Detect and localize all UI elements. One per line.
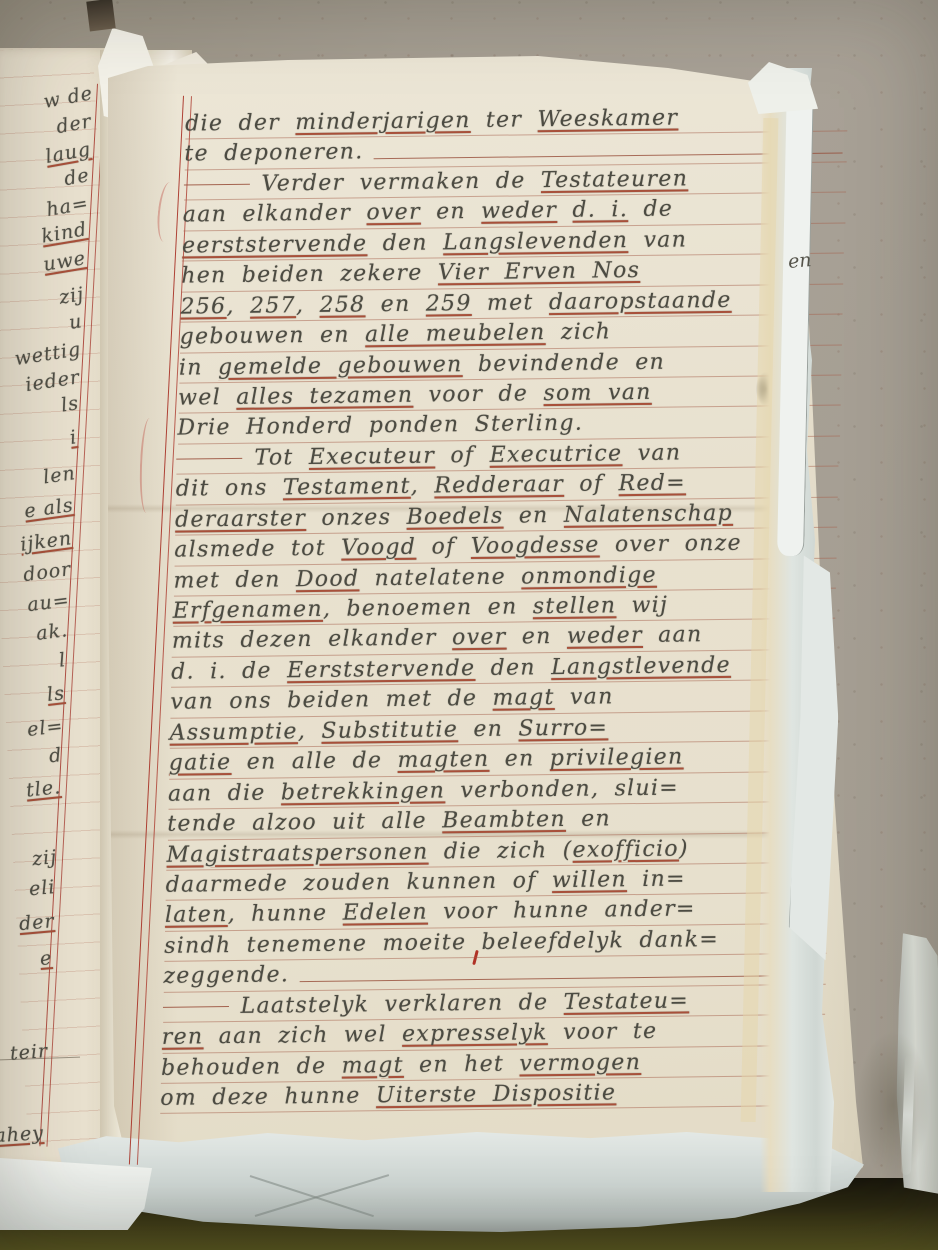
word: van ons beiden met de (170, 686, 493, 715)
manuscript-line-text: hen beiden zekere Vier Erven Nos (181, 258, 640, 289)
manuscript-line-text: tende alzoo uit alle Beambten en (167, 806, 611, 836)
manuscript-line-text: te deponeren. (184, 140, 363, 167)
manuscript-line-text: Tot Executeur of Executrice van (176, 440, 681, 471)
underlined-word: d. i. (572, 197, 628, 223)
word: Verder vermaken de (261, 168, 541, 196)
word: van (622, 440, 681, 466)
underlined-word: magt (492, 685, 554, 711)
underlined-word: Nalatenschap (564, 501, 733, 528)
underlined-word: Beambten (442, 807, 566, 834)
word: met den (173, 567, 296, 593)
manuscript-line-text: Erfgenamen, benoemen en stellen wij (173, 593, 669, 624)
manuscript-line-text: om deze hunne Uiterste Dispositie (160, 1080, 616, 1111)
manuscript-line-text: mits dezen elkander over en weder aan (172, 623, 703, 654)
underlined-word: alles tezamen (236, 383, 413, 410)
underlined-word: magt (342, 1052, 404, 1078)
word: zeggende. (163, 963, 289, 990)
underlined-word: magten (397, 747, 489, 773)
underlined-word: Executrice (489, 441, 622, 468)
manuscript-line-text: gebouwen en alle meubelen zich (180, 319, 612, 349)
underlined-word: laten (165, 902, 228, 928)
word: d. i. de (171, 658, 287, 684)
manuscript-line-text: gatie en alle de magten en privilegien (169, 745, 684, 776)
manuscript-line-text: daarmede zouden kunnen of willen in= (166, 866, 686, 897)
underlined-word: minderjarigen (295, 108, 471, 135)
manuscript-line-text: die der minderjarigen ter Weeskamer (185, 105, 678, 136)
word: en (566, 806, 611, 832)
word: , hunne (227, 901, 342, 927)
word: sindh tenemene moeite beleefdelyk dank= (164, 927, 719, 959)
word: , (298, 719, 322, 744)
manuscript-line-text: aan elkander over en weder d. i. de (183, 197, 674, 228)
word: met (472, 290, 550, 316)
underlined-word: onmondige (521, 562, 657, 589)
word: den (367, 230, 443, 256)
spine-gap (86, 0, 115, 31)
underlined-word: Boedels (406, 503, 503, 529)
underlined-word: vermogen (519, 1050, 641, 1076)
word: die zich ( (428, 837, 572, 864)
word: wij (616, 593, 668, 619)
underlined-word: Red= (618, 471, 686, 497)
manuscript-line-text: behouden de magt en het vermogen (161, 1050, 641, 1081)
underlined-word: gemelde gebouwen (218, 352, 463, 380)
underlined-word: Langstlevende (551, 653, 731, 680)
manuscript-line-text: sindh tenemene moeite beleefdelyk dank= (164, 927, 719, 959)
word: aan (643, 623, 703, 649)
word: ) (679, 836, 689, 861)
word: dit ons (176, 476, 283, 502)
word: over onze (599, 531, 742, 558)
word (557, 198, 573, 223)
underlined-word: expresselyk (402, 1020, 548, 1047)
word: te deponeren. (184, 140, 363, 167)
word: van (555, 685, 614, 711)
word: in= (627, 866, 686, 892)
word: die der (185, 110, 295, 136)
word: hen beiden zekere (181, 261, 438, 289)
underlined-word: Eerststervende (287, 656, 476, 683)
edge-overflow-word: en (787, 249, 812, 273)
word: of (416, 534, 471, 560)
word: voor hunne ander= (428, 897, 696, 925)
word: Drie Honderd ponden Sterling. (177, 411, 583, 441)
manuscript-line-text: van ons beiden met de magt van (170, 685, 614, 715)
manuscript-line-text: deraarster onzes Boedels en Nalatenschap (175, 501, 733, 533)
word: voor de (413, 381, 544, 408)
word: de (628, 197, 673, 223)
underlined-word: Testateuren (541, 166, 689, 193)
word: wel (178, 385, 236, 411)
underlined-word: Testament (283, 474, 411, 501)
word: aan die (168, 780, 281, 806)
word: ter (471, 107, 538, 133)
word: verbonden, slui= (445, 775, 679, 803)
word: van (628, 227, 687, 253)
word: Tot (254, 445, 309, 471)
word: om deze hunne (160, 1083, 376, 1111)
underlined-word: Uiterste Dispositie (376, 1080, 617, 1108)
manuscript-line-text: eerststervende den Langslevenden van (182, 227, 687, 258)
word: gebouwen en (180, 322, 366, 349)
underlined-word: som van (543, 380, 652, 406)
manuscript-line-text: ren aan zich wel expresselyk voor te (162, 1019, 658, 1050)
underlined-word: deraarster (175, 506, 306, 533)
manuscript-line-text: Drie Honderd ponden Sterling. (177, 411, 583, 441)
underlined-word: Edelen (343, 900, 428, 926)
word: den (475, 655, 551, 681)
underlined-word: Testateu= (563, 988, 689, 1015)
manuscript-line-text: 256, 257, 258 en 259 met daaropstaande (180, 287, 731, 319)
manuscript-line-text: laten, hunne Edelen voor hunne ander= (165, 897, 696, 928)
word: tende alzoo uit alle (167, 808, 442, 836)
word: alsmede tot (174, 536, 341, 563)
word: , (411, 474, 435, 499)
underlined-word: Voogd (341, 535, 416, 561)
underlined-word: 258 (319, 292, 365, 318)
word: Laatstelyk verklaren de (240, 990, 563, 1019)
underlined-word: over (452, 625, 507, 651)
underlined-word: over (366, 200, 421, 226)
word: natelatene (359, 564, 521, 591)
word: onzes (306, 505, 407, 531)
word: en het (404, 1051, 520, 1077)
underlined-word: weder (567, 623, 643, 649)
underlined-word: betrekkingen (281, 778, 446, 805)
underlined-word: Voogdesse (471, 533, 600, 560)
word: , benoemen en (323, 594, 533, 622)
manuscript-line-text: Magistraatspersonen die zich (exofficio) (166, 836, 689, 867)
facing-page-bottom-edge (0, 1158, 152, 1230)
manuscript-photo: die der minderjarigen ter Weeskamerte de… (0, 0, 938, 1250)
underlined-word: exofficio (572, 836, 679, 862)
word: mits dezen elkander (172, 626, 452, 654)
manuscript-line-text: alsmede tot Voogd of Voogdesse over onze (174, 531, 742, 563)
manuscript-line-text: Assumptie, Substitutie en Surro= (169, 715, 608, 745)
word: behouden de (161, 1053, 342, 1080)
underlined-word: privilegien (550, 745, 684, 772)
underlined-word: stellen (533, 593, 617, 619)
underlined-word: eerststervende (182, 231, 368, 258)
word: of (435, 443, 490, 469)
word: en (421, 199, 482, 225)
word: zich (545, 319, 611, 345)
underlined-word: gatie (169, 750, 232, 776)
underlined-word: weder (481, 198, 557, 224)
word: en (489, 746, 550, 772)
word: en (506, 624, 567, 650)
manuscript-line-text: wel alles tezamen voor de som van (178, 380, 652, 411)
word: en (458, 716, 519, 742)
word: en (503, 503, 564, 529)
manuscript-line-text: Laatstelyk verklaren de Testateu= (162, 988, 689, 1019)
underlined-word: Dood (296, 566, 360, 592)
word: bevindende en (462, 349, 665, 376)
underlined-word: Vier Erven Nos (438, 258, 641, 285)
underlined-word: 257 (250, 293, 296, 319)
underlined-word: Erfgenamen (173, 597, 323, 624)
word: in (179, 355, 218, 380)
cardboard-stain (856, 1030, 930, 1180)
underlined-word: willen (552, 867, 627, 893)
word: of (564, 471, 619, 497)
manuscript-line-text: zeggende. (163, 963, 289, 990)
underlined-word: 256 (180, 294, 226, 320)
underlined-word: Surro= (518, 715, 608, 741)
word: voor te (548, 1019, 658, 1045)
word: aan zich wel (203, 1022, 402, 1049)
underlined-word: 259 (426, 291, 472, 317)
manuscript-line-text: d. i. de Eerststervende den Langstlevend… (171, 653, 731, 685)
manuscript-line-text: aan die betrekkingen verbonden, slui= (168, 775, 679, 806)
manuscript-line-text: Verder vermaken de Testateuren (183, 166, 688, 197)
word: en alle de (231, 748, 397, 775)
underlined-word: alle meubelen (365, 320, 546, 347)
word: daarmede zouden kunnen of (166, 868, 553, 898)
manuscript-line-text: in gemelde gebouwen bevindende en (179, 349, 665, 380)
underlined-word: Magistraatspersonen (166, 839, 428, 867)
word: aan elkander (183, 201, 367, 228)
word: , (296, 293, 320, 318)
underlined-word: Langslevenden (443, 228, 628, 255)
underlined-word: Assumptie (169, 719, 297, 746)
word: , (226, 293, 250, 318)
underlined-word: Redderaar (434, 472, 564, 499)
underlined-word: daaropstaande (549, 287, 732, 314)
manuscript-line-text: met den Dood natelatene onmondige (173, 562, 657, 593)
underlined-word: Weeskamer (537, 105, 678, 132)
underlined-word: Executeur (309, 443, 436, 470)
word: en (365, 291, 426, 317)
underlined-word: ren (162, 1024, 204, 1050)
underlined-word: Substitutie (321, 717, 458, 744)
manuscript-line-text: dit ons Testament, Redderaar of Red= (176, 471, 686, 502)
